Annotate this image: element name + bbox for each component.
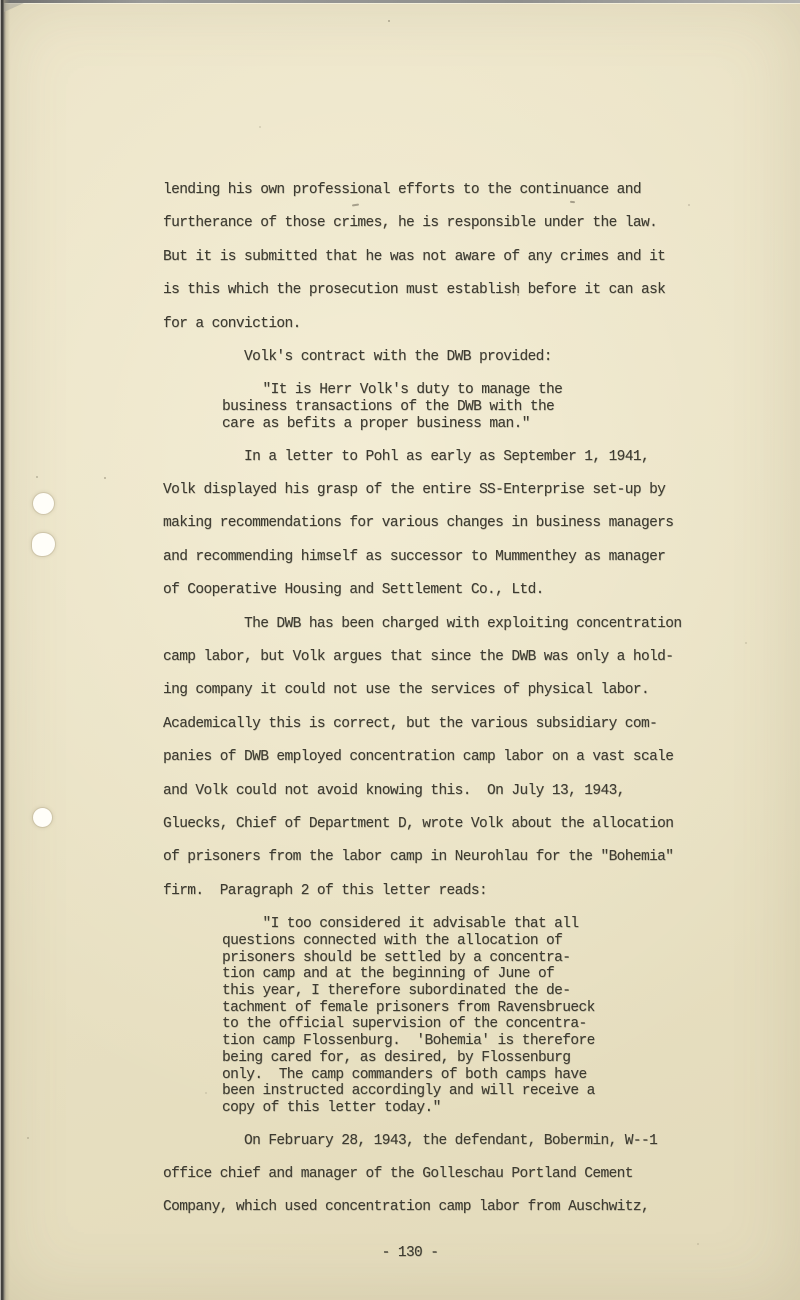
text-line: In a letter to Pohl as early as Septembe… (163, 441, 800, 474)
text-line: making recommendations for various chang… (163, 507, 800, 540)
text-line: Company, which used concentration camp l… (163, 1191, 800, 1224)
text-line: But it is submitted that he was not awar… (163, 241, 800, 274)
text-line: On February 28, 1943, the defendant, Bob… (163, 1125, 800, 1158)
text-line: office chief and manager of the Gollesch… (163, 1158, 800, 1191)
paper-dust-specks (0, 0, 2, 2)
scanned-document-page: lending his own professional efforts to … (0, 0, 800, 1300)
text-line: "It is Herr Volk's duty to manage the (222, 382, 800, 399)
text-line: questions connected with the allocation … (222, 933, 800, 950)
text-line: to the official supervision of the conce… (222, 1016, 800, 1033)
text-line: business transactions of the DWB with th… (222, 399, 800, 416)
text-line: for a conviction. (163, 308, 800, 341)
text-line: furtherance of those crimes, he is respo… (163, 207, 800, 240)
text-line: camp labor, but Volk argues that since t… (163, 641, 800, 674)
scan-edge-top (0, 0, 800, 3)
scan-corner-top-left (4, 3, 24, 12)
text-line: Academically this is correct, but the va… (163, 708, 800, 741)
block-quote: "It is Herr Volk's duty to manage thebus… (222, 382, 800, 432)
text-line: care as befits a proper business man." (222, 416, 800, 433)
paragraph: lending his own professional efforts to … (163, 174, 800, 341)
text-line: ing company it could not use the service… (163, 674, 800, 707)
paragraph: Volk's contract with the DWB provided: (163, 341, 800, 374)
text-line: being cared for, as desired, by Flossenb… (222, 1050, 800, 1067)
text-line: lending his own professional efforts to … (163, 174, 800, 207)
text-line: and recommending himself as successor to… (163, 541, 800, 574)
text-line: tion camp and at the beginning of June o… (222, 966, 800, 983)
text-line: Gluecks, Chief of Department D, wrote Vo… (163, 808, 800, 841)
paragraph: The DWB has been charged with exploiting… (163, 608, 800, 909)
text-line: been instructed accordingly and will rec… (222, 1083, 800, 1100)
text-line: firm. Paragraph 2 of this letter reads: (163, 875, 800, 908)
page-number: - 130 - (0, 1237, 800, 1270)
text-line: The DWB has been charged with exploiting… (163, 608, 800, 641)
text-line: copy of this letter today." (222, 1100, 800, 1117)
typewritten-text-body: lending his own professional efforts to … (0, 174, 800, 1270)
text-line: only. The camp commanders of both camps … (222, 1067, 800, 1084)
paragraph: On February 28, 1943, the defendant, Bob… (163, 1125, 800, 1225)
text-line: Volk's contract with the DWB provided: (163, 341, 800, 374)
text-line: this year, I therefore subordinated the … (222, 983, 800, 1000)
text-line: Volk displayed his grasp of the entire S… (163, 474, 800, 507)
block-quote: "I too considered it advisable that allq… (222, 916, 800, 1116)
text-line: of Cooperative Housing and Settlement Co… (163, 574, 800, 607)
paragraph: In a letter to Pohl as early as Septembe… (163, 441, 800, 608)
text-line: is this which the prosecution must estab… (163, 274, 800, 307)
text-line: of prisoners from the labor camp in Neur… (163, 841, 800, 874)
text-line: "I too considered it advisable that all (222, 916, 800, 933)
paragraph-container: lending his own professional efforts to … (163, 174, 800, 1225)
text-line: prisoners should be settled by a concent… (222, 950, 800, 967)
text-line: panies of DWB employed concentration cam… (163, 741, 800, 774)
text-line: tachment of female prisoners from Ravens… (222, 1000, 800, 1017)
text-line: tion camp Flossenburg. 'Bohemia' is ther… (222, 1033, 800, 1050)
text-line: and Volk could not avoid knowing this. O… (163, 775, 800, 808)
